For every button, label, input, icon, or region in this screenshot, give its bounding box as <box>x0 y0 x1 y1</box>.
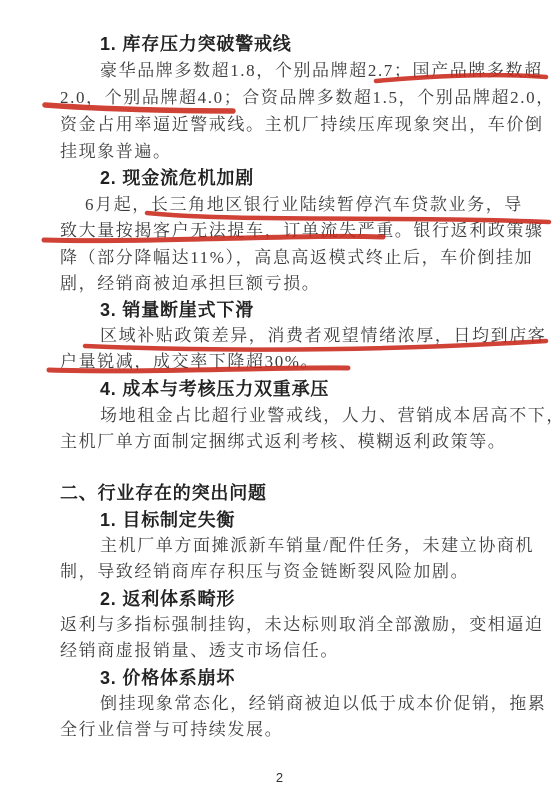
heading-line: 3. 价格体系崩坏 <box>100 668 235 688</box>
heading-line: 1. 库存压力突破警戒线 <box>100 34 292 54</box>
heading-line: 2. 返利体系畸形 <box>100 589 235 609</box>
heading-line: 2. 现金流危机加剧 <box>100 168 254 188</box>
heading-line: 1. 目标制定失衡 <box>100 510 235 530</box>
body-text-line: 主机厂单方面摊派新车销量/配件任务，未建立协商机 <box>100 536 534 556</box>
heading-line: 二、行业存在的突出问题 <box>60 483 267 503</box>
body-text-line: 资金占用率逼近警戒线。主机厂持续压库现象突出，车价倒 <box>60 115 544 135</box>
heading-line: 4. 成本与考核压力双重承压 <box>100 379 329 399</box>
body-text-line: 全行业信誉与可持续发展。 <box>60 720 283 740</box>
body-text-line: 返利与多指标强制挂钩，未达标则取消全部激励，变相逼迫 <box>60 615 544 635</box>
body-text-line: 致大量按揭客户无法提车，订单流失严重。银行返利政策骤 <box>60 221 544 241</box>
body-text-line: 豪华品牌多数超1.8，个别品牌超2.7；国产品牌多数超 <box>100 61 543 81</box>
body-text-line: 场地租金占比超行业警戒线，人力、营销成本居高不下， <box>100 406 559 426</box>
page-number: 2 <box>0 770 559 785</box>
body-text-line: 2.0，个别品牌超4.0；合资品牌多数超1.5，个别品牌超2.0， <box>60 88 555 108</box>
body-text-line: 挂现象普遍。 <box>60 142 172 162</box>
body-text-line: 6月起，长三角地区银行业陆续暂停汽车贷款业务，导 <box>85 195 523 215</box>
body-text-line: 倒挂现象常态化，经销商被迫以低于成本价促销，拖累 <box>100 694 546 714</box>
body-text-line: 主机厂单方面制定捆绑式返利考核、模糊返利政策等。 <box>60 432 506 452</box>
heading-line: 3. 销量断崖式下滑 <box>100 300 254 320</box>
body-text-line: 降（部分降幅达11%），高息高返模式终止后，车价倒挂加 <box>60 248 533 268</box>
document-page: 1. 库存压力突破警戒线豪华品牌多数超1.8，个别品牌超2.7；国产品牌多数超2… <box>0 0 559 800</box>
body-text-line: 户量锐减，成交率下降超30%。 <box>60 352 319 372</box>
body-text-line: 剧，经销商被迫承担巨额亏损。 <box>60 274 320 294</box>
body-text-line: 区域补贴政策差异，消费者观望情绪浓厚，日均到店客 <box>100 326 546 346</box>
body-text-line: 制，导致经销商库存积压与资金链断裂风险加剧。 <box>60 562 469 582</box>
body-text-line: 经销商虚报销量、透支市场信任。 <box>60 641 339 661</box>
